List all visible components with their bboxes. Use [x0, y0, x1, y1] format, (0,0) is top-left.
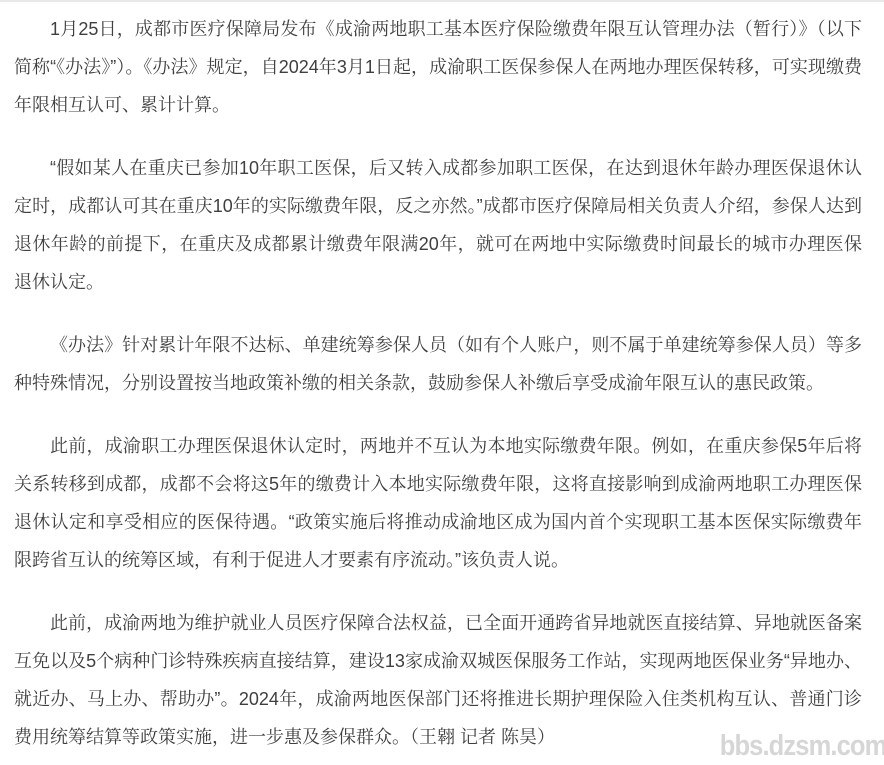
article-page: 1月25日，成都市医疗保障局发布《成渝两地职工基本医疗保险缴费年限互认管理办法（… — [0, 0, 884, 765]
article-paragraph: “假如某人在重庆已参加10年职工医保，后又转入成都参加职工医保，在达到退休年龄办… — [14, 149, 862, 301]
watermark: bbs.dzsm.com — [719, 730, 884, 763]
article-paragraph: 《办法》针对累计年限不达标、单建统筹参保人员（如有个人账户，则不属于单建统筹参保… — [14, 326, 862, 402]
article-body: 1月25日，成都市医疗保障局发布《成渝两地职工基本医疗保险缴费年限互认管理办法（… — [14, 10, 862, 756]
article-paragraph: 此前，成渝职工办理医保退休认定时，两地并不互认为本地实际缴费年限。例如，在重庆参… — [14, 427, 862, 579]
article-paragraph: 1月25日，成都市医疗保障局发布《成渝两地职工基本医疗保险缴费年限互认管理办法（… — [14, 10, 862, 124]
